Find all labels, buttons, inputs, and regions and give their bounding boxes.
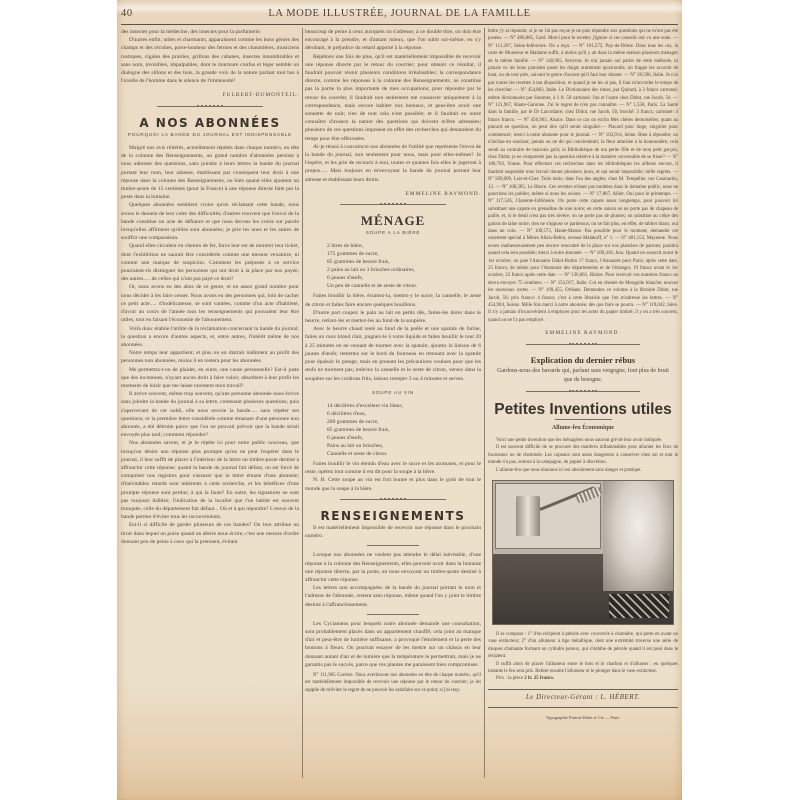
article-paragraph: Répétons une fois de plus, qu'il est mat… <box>305 53 481 143</box>
ingredient: 6 jaunes d'œufs, <box>327 434 481 442</box>
ingredient: Cannelle et zeste de citron. <box>327 450 481 458</box>
recipe-paragraph: Avec le beurre chaud resté au fond de la… <box>305 325 481 382</box>
author-signature: EMMELINE RAYMOND. <box>305 190 481 198</box>
article-paragraph: Quand elles circulent en chemin de fer, … <box>121 242 299 283</box>
oil-can-image <box>516 496 540 536</box>
replies-text: lettre j'y ai répondu; si je ne l'ai pas… <box>488 28 678 324</box>
column-1: des insectes pour la médecine, des insec… <box>121 28 299 546</box>
article-paragraph: Est-il si difficile de garder plusieurs … <box>121 521 299 546</box>
fire-lighter-illustration <box>492 480 674 625</box>
smoke-flame-image <box>603 481 673 591</box>
article-paragraph: Les Cyclamens pour lesquels notre abonné… <box>305 620 481 669</box>
article-paragraph: Notre temps leur appartient; et plus on … <box>121 349 299 365</box>
article-paragraph: Les lettres non accompagnées de la bande… <box>305 584 481 609</box>
article-paragraph: L'allume-feu que nous donnons ici est ab… <box>488 467 678 474</box>
section-subtitle: POURQUOI LA BANDE DU JOURNAL EST INDISPE… <box>121 131 299 139</box>
section-title-menage: MÉNAGE <box>305 217 481 225</box>
burning-logs-image <box>609 594 669 618</box>
article-paragraph: Il est souvent difficile de se procurer … <box>488 444 678 466</box>
ingredient: 14 décilitres d'excellent vin blanc, <box>327 402 481 410</box>
ornament-divider <box>526 344 640 351</box>
ingredient: 6 décilitres d'eau, <box>327 410 481 418</box>
notice-paragraph: Il est matériellement impossible de rece… <box>305 524 481 540</box>
article-paragraph: Or, nous avons eu des abus de ce genre, … <box>121 283 299 324</box>
ingredient-list: 14 décilitres d'excellent vin blanc, 6 d… <box>305 402 481 458</box>
caption-paragraph: Il se compose : 1° d'un récipient à pétr… <box>488 631 678 661</box>
price-value: 2 fr. 25 francs. <box>524 676 554 681</box>
article-paragraph: Il arrive souvent, même trop souvent, qu… <box>121 390 299 439</box>
article-paragraph: beaucoup de peine à ceux auxquels on s'a… <box>305 28 481 53</box>
header-rule <box>121 24 678 25</box>
article-paragraph: Ai-je réussi à convaincre nos abonnées d… <box>305 143 481 184</box>
recipe-title: SOUPE A LA BIÈRE <box>305 229 481 237</box>
author-signature: FULBERT-DUMONTEIL. <box>121 91 299 99</box>
short-rule <box>555 419 612 420</box>
recipe-title: SOUPE AU VIN <box>305 389 481 397</box>
rebus-solution: Gardons-nous des bavards qui, parlant sa… <box>488 367 678 385</box>
printer-credit: Typographie Firmin-Didot et Cie — Paris. <box>488 714 678 721</box>
ingredient: 200 grammes de sucre, <box>327 418 481 426</box>
article-paragraph: D'autres enfin, utiles et charmants, app… <box>121 36 299 85</box>
running-header: 40 LA MODE ILLUSTRÉE, JOURNAL DE LA FAMI… <box>121 8 678 24</box>
invention-subtitle: Allume-feu Économique <box>488 425 678 432</box>
newspaper-page: 40 LA MODE ILLUSTRÉE, JOURNAL DE LA FAMI… <box>117 0 682 800</box>
article-paragraph: Me permettra-t-on de plaider, en outre, … <box>121 366 299 391</box>
ornament-divider <box>526 391 640 398</box>
ornament-divider <box>157 106 264 113</box>
reply-paragraph: N° 111,965 Corrèze. Nous avertissons nos… <box>305 672 481 694</box>
ingredient: Pains au lait ou brioches, <box>327 442 481 450</box>
ornament-divider <box>340 204 446 211</box>
article-paragraph: Nos abonnées savent, et je le répète ici… <box>121 439 299 521</box>
ingredient: 6 jaunes d'œufs, <box>327 274 481 282</box>
ingredient-list: 2 litres de bière, 175 grammes de sucre,… <box>305 242 481 290</box>
inset-panel <box>495 483 601 549</box>
short-rule <box>367 545 420 546</box>
article-paragraph: Quelques abonnées semblent croire qu'en … <box>121 201 299 242</box>
asbestos-coil-image <box>575 485 603 504</box>
column-3: lettre j'y ai répondu; si je ne l'ai pas… <box>488 28 678 722</box>
section-title-inventions: Petites Inventions utiles <box>488 406 678 413</box>
footer-rule <box>488 707 678 708</box>
article-paragraph: Voilà donc établie l'utilité de la récla… <box>121 325 299 350</box>
article-paragraph: Lorsque nos abonnées ne veulent pas atte… <box>305 551 481 584</box>
column-divider <box>302 28 303 778</box>
price-line: Prix : la pièce 2 fr. 25 francs. <box>488 675 678 682</box>
article-paragraph: Voici une petite invention que les ménag… <box>488 437 678 444</box>
ornament-divider <box>340 499 446 506</box>
director-credit: Le Directeur-Gérant : L. HÉBERT. <box>488 694 678 701</box>
recipe-note: N. B. Cette soupe au vin est fort bonne … <box>305 476 481 492</box>
recipe-paragraph: Faites bouillir le vin étendu d'eau avec… <box>305 460 481 476</box>
ingredient: 85 grammes de beurre frais, <box>327 426 481 434</box>
section-title-renseignements: RENSEIGNEMENTS <box>305 512 481 520</box>
ingredient: Un peu de cannelle et de zeste de citron… <box>327 282 481 290</box>
article-paragraph: Malgré nos avis réitérés, actuellement r… <box>121 144 299 201</box>
short-rule <box>367 614 420 615</box>
author-signature: EMMELINE RAYMOND. <box>488 330 678 337</box>
column-divider <box>484 28 485 778</box>
ingredient: 175 grammes de sucre, <box>327 250 481 258</box>
ingredient: 2 pains au lait ou 3 brioches ordinaires… <box>327 266 481 274</box>
caption-paragraph: Il suffit alors de placer l'allumeur ent… <box>488 661 678 676</box>
ingredient: 85 grammes de beurre frais, <box>327 258 481 266</box>
ingredient: 2 litres de bière, <box>327 242 481 250</box>
column-2: beaucoup de peine à ceux auxquels on s'a… <box>305 28 481 694</box>
rebus-title: Explication du dernier rébus <box>488 357 678 364</box>
recipe-paragraph: Faites bouillir la bière, écumez-la, met… <box>305 292 481 308</box>
footer-rule <box>488 689 678 690</box>
section-title-abonnees: A NOS ABONNÉES <box>121 119 299 127</box>
recipe-paragraph: D'autre part coupez le pain au lait en p… <box>305 309 481 325</box>
price-label: Prix : la pièce <box>496 676 523 681</box>
publication-title: LA MODE ILLUSTRÉE, JOURNAL DE LA FAMILLE <box>121 8 678 19</box>
article-paragraph: des insectes pour la médecine, des insec… <box>121 28 299 36</box>
